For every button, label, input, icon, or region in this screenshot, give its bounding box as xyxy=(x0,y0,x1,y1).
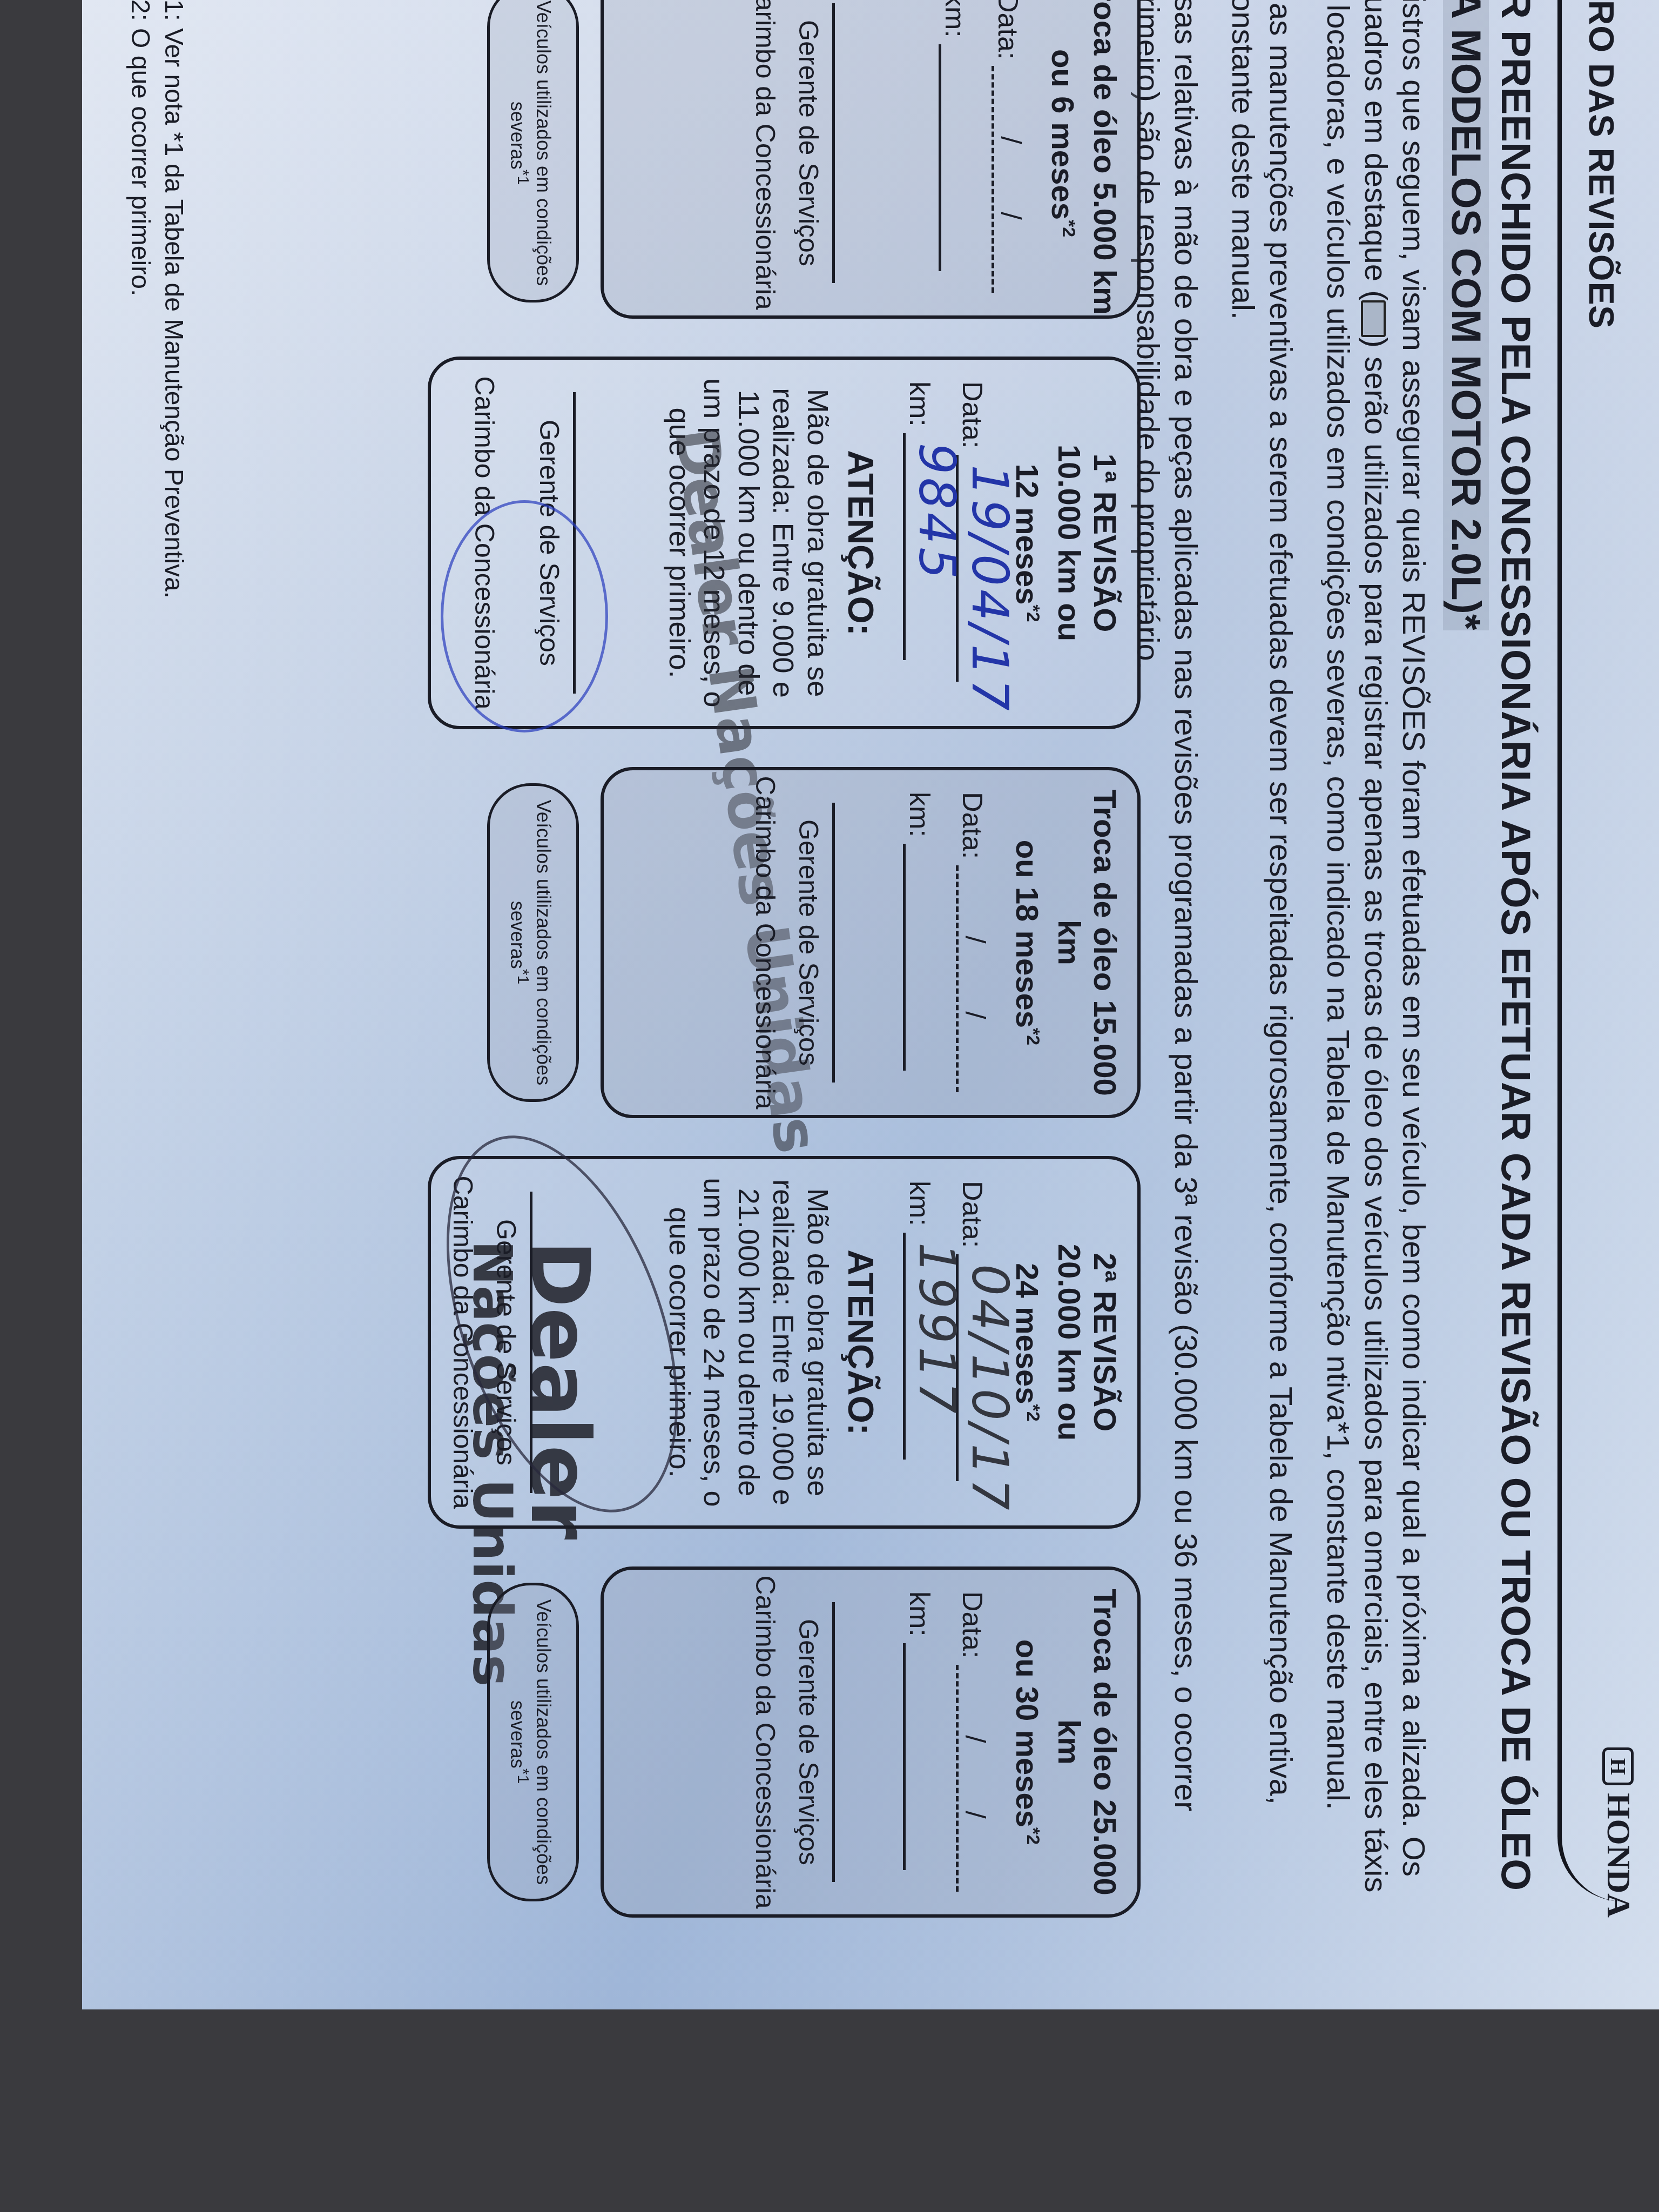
km-field[interactable]: km: xyxy=(939,0,980,315)
page-title: R PREENCHIDO PELA CONCESSIONÁRIA APÓS EF… xyxy=(1441,0,1540,1934)
page-title-line1: R PREENCHIDO PELA CONCESSIONÁRIA APÓS EF… xyxy=(1491,0,1540,1934)
signature-line xyxy=(832,1602,835,1882)
footnotes: *1: Ver nota *1 da Tabela de Manutenção … xyxy=(123,0,190,599)
km-field[interactable]: km: 19917 xyxy=(903,1181,944,1525)
footnote-1: *1: Ver nota *1 da Tabela de Manutenção … xyxy=(157,0,190,599)
stamp-label: Carimbo da Concessionária xyxy=(750,770,781,1115)
highlight-box-legend-icon xyxy=(1361,300,1386,337)
manager-label: Gerente de Serviços xyxy=(793,770,824,1115)
record-card-oil-15000: Troca de óleo 15.000 km ou 18 meses*2 Da… xyxy=(601,767,1141,1118)
signature-line xyxy=(832,3,835,283)
stamp-label: Carimbo da Concessionária xyxy=(750,0,781,315)
severe-conditions-badge: Veículos utilizados em condições severas… xyxy=(487,783,579,1102)
section-title: TRO DAS REVISÕES xyxy=(1581,0,1621,329)
intro-text: gistros que seguem, visam assegurar quai… xyxy=(1109,0,1432,1901)
maintenance-booklet-page: TRO DAS REVISÕES H HONDA R PREENCHIDO PE… xyxy=(82,0,1659,2009)
manager-label: Gerente de Serviços xyxy=(793,0,824,315)
honda-brand: H HONDA xyxy=(1599,1747,1637,1918)
intro-paragraph-2: s as manutenções preventivas a serem efe… xyxy=(1224,0,1299,1901)
header-rule: TRO DAS REVISÕES H HONDA xyxy=(1557,0,1643,1901)
stamp-label: Carimbo da Concessionária xyxy=(750,1570,781,1914)
record-card-oil-5000: Troca de óleo 5.000 km ou 6 meses*2 Data… xyxy=(601,0,1141,319)
signature-line xyxy=(832,803,835,1083)
brand-name: HONDA xyxy=(1599,1793,1637,1918)
handwritten-km: 9845 xyxy=(908,443,966,582)
km-field[interactable]: km: xyxy=(903,1591,944,1914)
record-card-revision-1: 1ª REVISÃO 10.000 km ou 12 meses*2 Data:… xyxy=(428,357,1141,729)
attention-body: Mão de obra gratuita se realizada: Entre… xyxy=(662,1170,835,1515)
date-field[interactable]: Data: // xyxy=(992,0,1033,315)
footnote-2: *2: O que ocorrer primeiro. xyxy=(123,0,157,599)
intro-paragraph-1: gistros que seguem, visam assegurar quai… xyxy=(1319,0,1432,1901)
km-field[interactable]: km: 9845 xyxy=(903,381,944,726)
date-field[interactable]: Data: // xyxy=(956,792,997,1115)
manager-label: Gerente de Serviços xyxy=(793,1570,824,1914)
date-field[interactable]: Data: // xyxy=(956,1591,997,1914)
attention-heading: ATENÇÃO: xyxy=(840,1159,881,1525)
handwritten-km: 19917 xyxy=(908,1242,966,1417)
handwritten-date: 19/04/17 xyxy=(961,465,1019,714)
record-card-revision-2: 2ª REVISÃO 20.000 km ou 24 meses*2 Data:… xyxy=(428,1156,1141,1529)
handwritten-date: 04/10/17 xyxy=(961,1264,1019,1513)
honda-logo-icon: H xyxy=(1603,1747,1634,1785)
km-field[interactable]: km: xyxy=(903,792,944,1115)
severe-conditions-badge: Veículos utilizados em condições severas… xyxy=(487,0,579,302)
record-card-oil-25000: Troca de óleo 25.000 km ou 30 meses*2 Da… xyxy=(601,1566,1141,1918)
attention-heading: ATENÇÃO: xyxy=(840,360,881,726)
severe-conditions-badge: Veículos utilizados em condições severas… xyxy=(487,1583,579,1901)
page-title-line2: A MODELOS COM MOTOR 2.0L)* xyxy=(1443,0,1489,630)
signature-scribble xyxy=(441,500,608,732)
